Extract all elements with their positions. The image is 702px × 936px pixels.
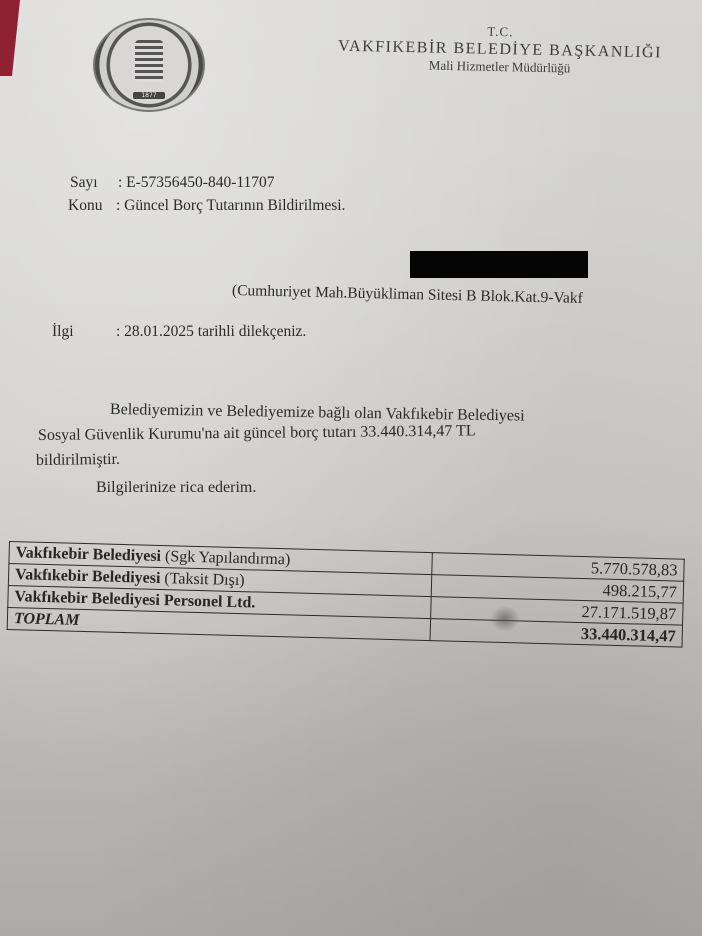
reference-number: Sayı: E-57356450-840-11707 xyxy=(70,174,275,192)
body-line-2: Sosyal Güvenlik Kurumu'na ait güncel bor… xyxy=(38,422,476,445)
body-line-3: bildirilmiştir. xyxy=(36,451,120,470)
ilgi-line: İlgi: 28.01.2025 tarihli dilekçeniz. xyxy=(52,323,306,341)
konu-value: : Güncel Borç Tutarının Bildirilmesi. xyxy=(116,197,345,214)
paper-tear-mark xyxy=(490,606,520,632)
municipality-seal-icon: 1877 xyxy=(93,18,205,112)
red-folder-corner xyxy=(0,0,20,76)
ilgi-label: İlgi xyxy=(52,323,116,341)
debt-table: Vakfıkebir Belediyesi (Sgk Yapılandırma)… xyxy=(7,541,685,648)
seal-emblem xyxy=(135,40,163,82)
ilgi-value: : 28.01.2025 tarihli dilekçeniz. xyxy=(116,323,306,340)
seal-year: 1877 xyxy=(133,92,165,99)
sayi-label: Sayı xyxy=(70,174,118,192)
closing-line: Bilgilerinize rica ederim. xyxy=(96,479,256,497)
konu-label: Konu xyxy=(68,197,116,215)
sayi-value: : E-57356450-840-11707 xyxy=(118,174,275,191)
redacted-recipient-name xyxy=(410,251,588,278)
recipient-address: (Cumhuriyet Mah.Büyükliman Sitesi B Blok… xyxy=(232,282,583,308)
letterhead: T.C. VAKFIKEBİR BELEDİYE BAŞKANLIĞI Mali… xyxy=(330,20,671,78)
subject-line: Konu: Güncel Borç Tutarının Bildirilmesi… xyxy=(68,197,345,215)
